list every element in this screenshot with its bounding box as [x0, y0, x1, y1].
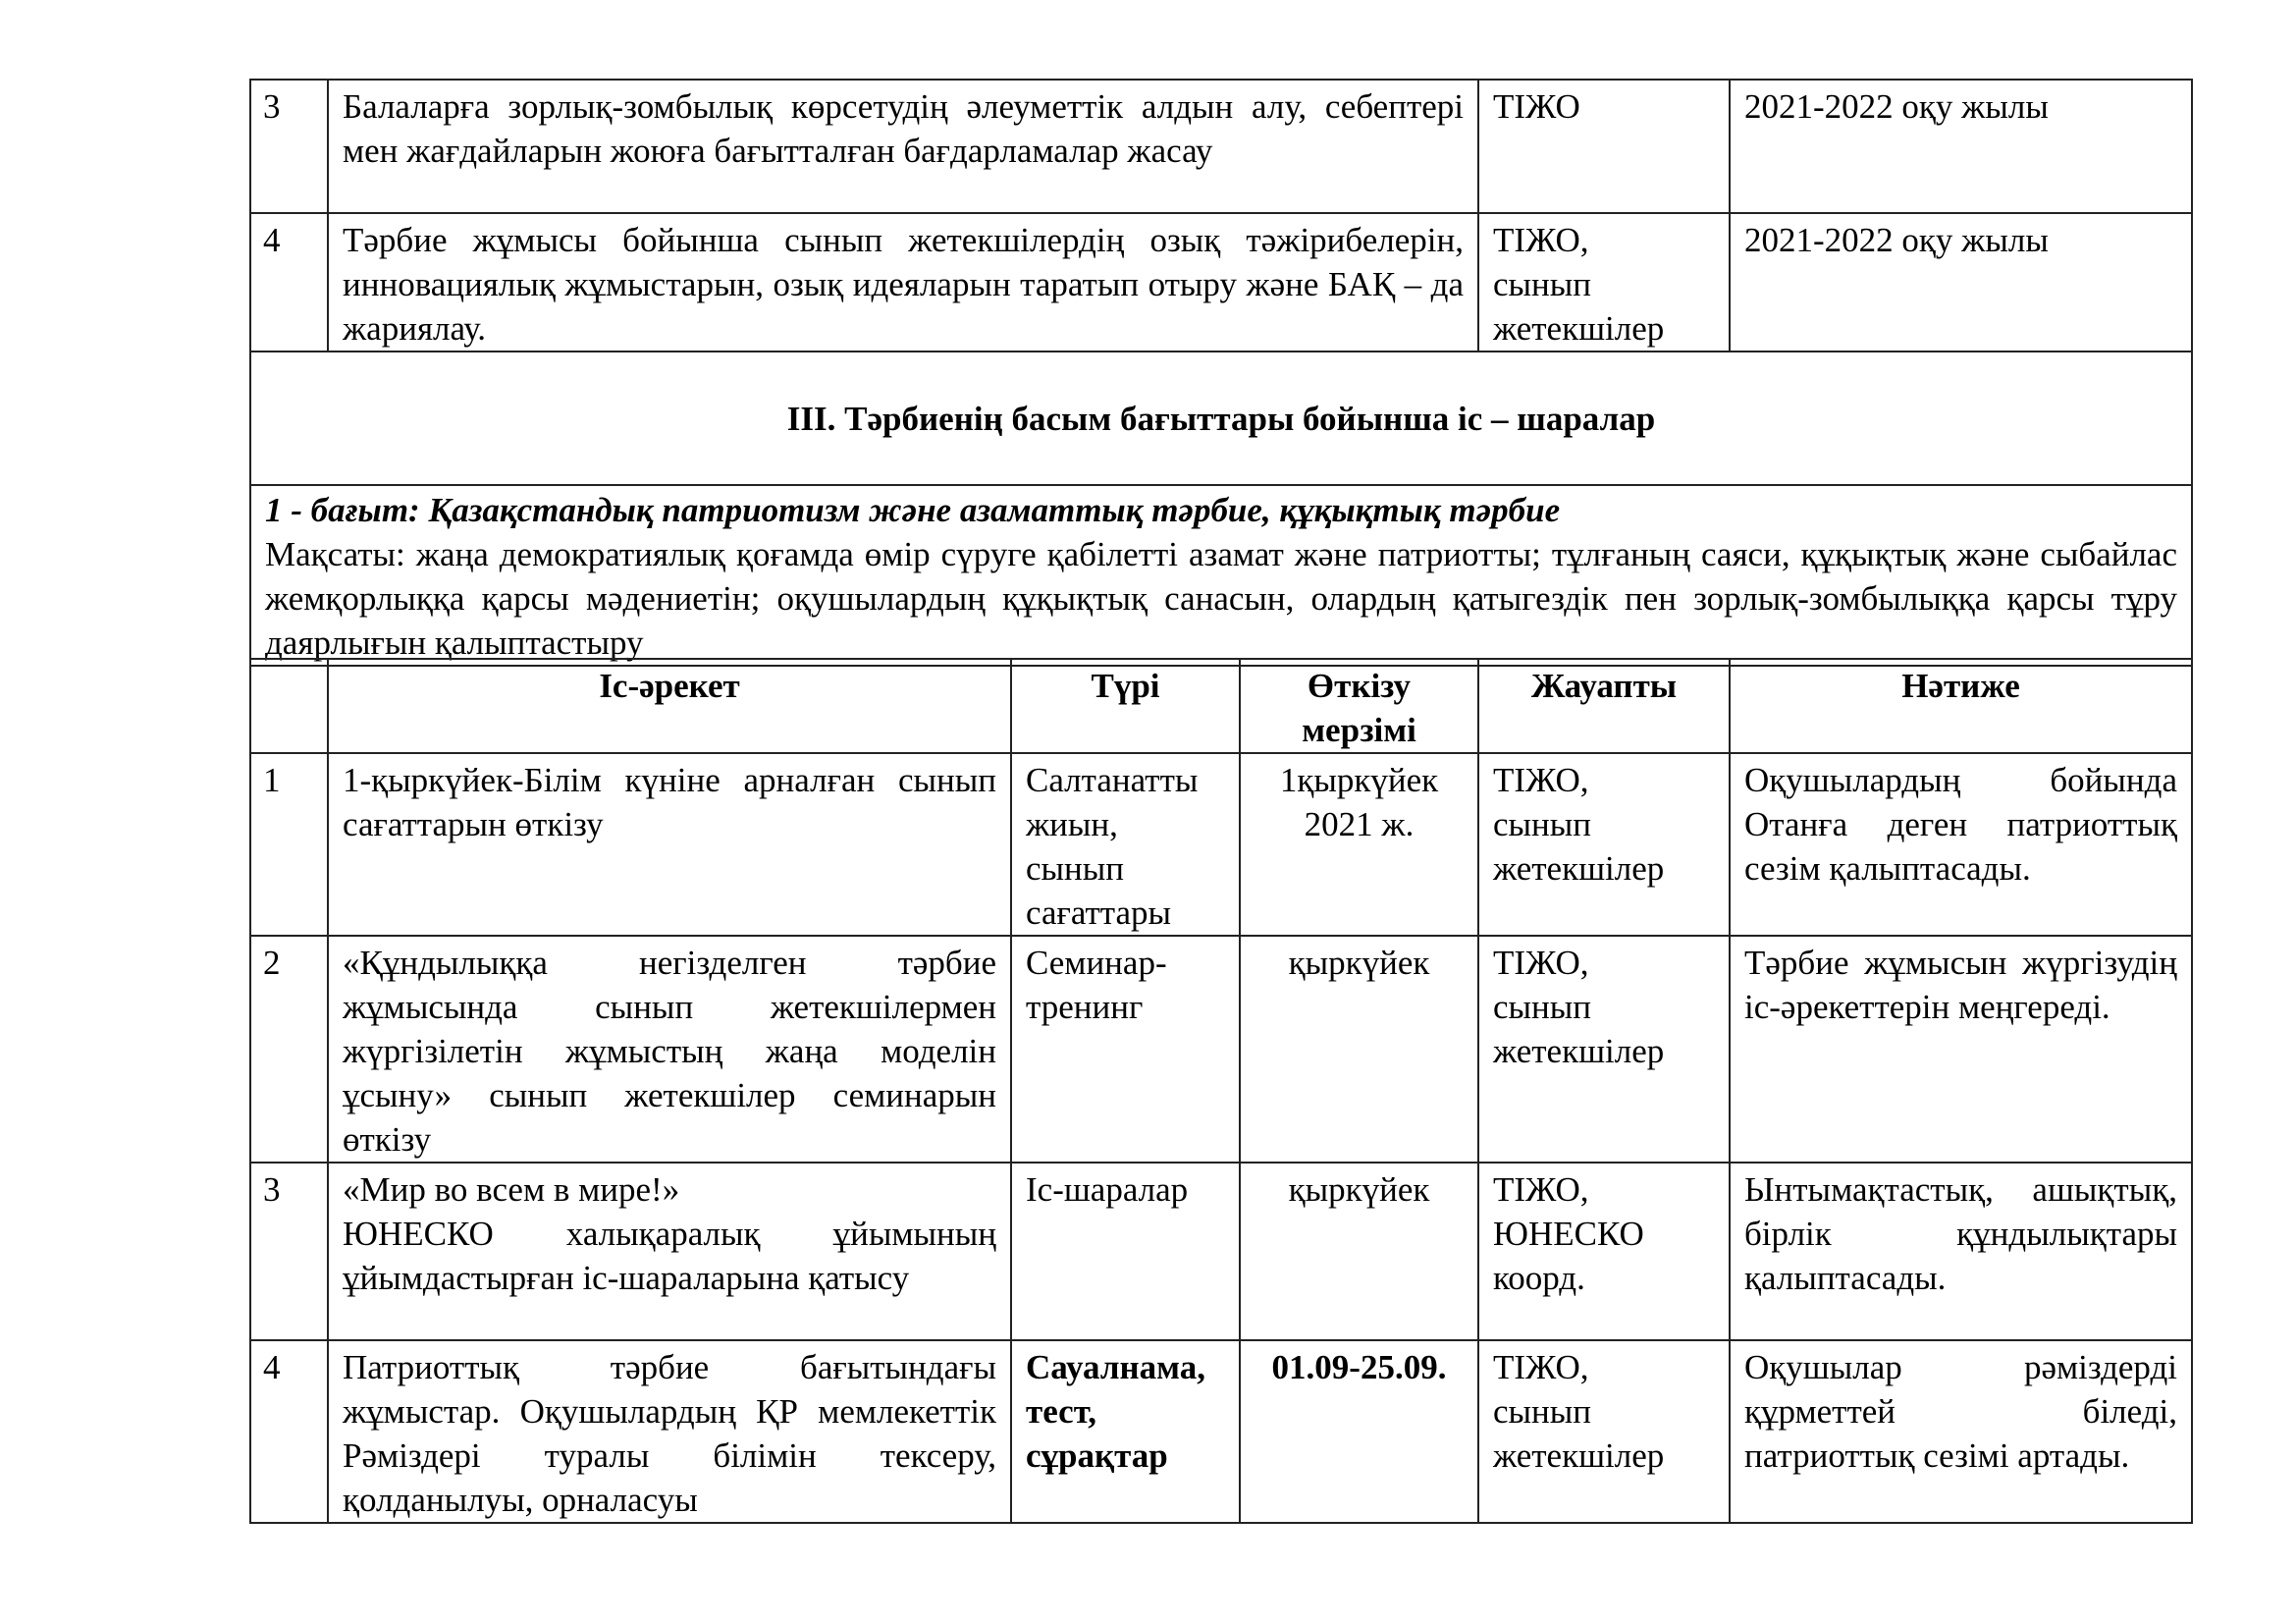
deadline-cell: қыркүйек: [1240, 936, 1478, 1163]
responsible-line: ЮНЕСКО: [1493, 1212, 1715, 1256]
activity-line: ЮНЕСКО халықаралық ұйымының ұйымдастырға…: [343, 1212, 996, 1300]
period-cell: 2021-2022 оқу жылы: [1730, 80, 2192, 213]
table-row: 3 «Мир во всем в мире!» ЮНЕСКО халықарал…: [250, 1163, 2192, 1340]
responsible-line: ТІЖО,: [1493, 218, 1715, 262]
section-heading-row: ІІІ. Тәрбиенің басым бағыттары бойынша і…: [250, 352, 2192, 485]
responsible-line: ТІЖО,: [1493, 941, 1715, 985]
responsible-line: ТІЖО,: [1493, 758, 1715, 802]
type-cell: Семинар- тренинг: [1011, 936, 1240, 1163]
activity-cell: «Мир во всем в мире!» ЮНЕСКО халықаралық…: [328, 1163, 1011, 1340]
table-row: 4 Тәрбие жұмысы бойынша сынып жетекшілер…: [250, 213, 2192, 352]
result-cell: Ынтымақтастық, ашықтық, бірлік құндылықт…: [1730, 1163, 2192, 1340]
responsible-line: ТІЖО: [1493, 84, 1715, 129]
responsible-line: коорд.: [1493, 1256, 1715, 1300]
activity-cell: «Құндылыққа негізделген тәрбие жұмысында…: [328, 936, 1011, 1163]
type-cell: Салтанатты жиын, сынып сағаттары: [1011, 753, 1240, 936]
type-line: Семинар-: [1026, 941, 1225, 985]
table-row: 2 «Құндылыққа негізделген тәрбие жұмысын…: [250, 936, 2192, 1163]
row-number: 3: [250, 80, 328, 213]
responsible-cell: ТІЖО, сынып жетекшілер: [1478, 213, 1730, 352]
row-number: 4: [250, 213, 328, 352]
direction-title: 1 - бағыт: Қазақстандық патриотизм және …: [265, 488, 2177, 532]
type-line: тренинг: [1026, 985, 1225, 1029]
continued-table: 3 Балаларға зорлық-зомбылық көрсетудің ә…: [249, 79, 2193, 667]
header-result: Нәтиже: [1730, 659, 2192, 753]
deadline-cell: қыркүйек: [1240, 1163, 1478, 1340]
result-cell: Оқушылардың бойында Отанға деген патриот…: [1730, 753, 2192, 936]
responsible-cell: ТІЖО: [1478, 80, 1730, 213]
responsible-line: сынып: [1493, 802, 1715, 846]
table-row: 1 1-қыркүйек-Білім күніне арналған сынып…: [250, 753, 2192, 936]
document-page: 3 Балаларға зорлық-зомбылық көрсетудің ә…: [0, 0, 2296, 1624]
header-type: Түрі: [1011, 659, 1240, 753]
header-deadline-line: мерзімі: [1255, 708, 1464, 752]
table-row: 4 Патриоттық тәрбие бағытындағы жұмыстар…: [250, 1340, 2192, 1523]
activity-cell: Балаларға зорлық-зомбылық көрсетудің әле…: [328, 80, 1478, 213]
deadline-cell: 1қыркүйек 2021 ж.: [1240, 753, 1478, 936]
header-deadline: Өткізу мерзімі: [1240, 659, 1478, 753]
table-header-row: Іс-әрекет Түрі Өткізу мерзімі Жауапты Нә…: [250, 659, 2192, 753]
responsible-cell: ТІЖО, сынып жетекшілер: [1478, 936, 1730, 1163]
responsible-line: сынып: [1493, 262, 1715, 306]
type-line: Салтанатты: [1026, 758, 1225, 802]
deadline-line: қыркүйек: [1255, 1167, 1464, 1212]
direction-row: 1 - бағыт: Қазақстандық патриотизм және …: [250, 485, 2192, 666]
responsible-line: жетекшілер: [1493, 1434, 1715, 1478]
direction-goal: Мақсаты: жаңа демократиялық қоғамда өмір…: [265, 532, 2177, 665]
row-number: 3: [250, 1163, 328, 1340]
activities-table: Іс-әрекет Түрі Өткізу мерзімі Жауапты Нә…: [249, 658, 2193, 1524]
deadline-line: 2021 ж.: [1255, 802, 1464, 846]
activity-cell: Тәрбие жұмысы бойынша сынып жетекшілерді…: [328, 213, 1478, 352]
deadline-cell: 01.09-25.09.: [1240, 1340, 1478, 1523]
responsible-cell: ТІЖО, ЮНЕСКО коорд.: [1478, 1163, 1730, 1340]
responsible-line: жетекшілер: [1493, 306, 1715, 351]
type-cell: Іс-шаралар: [1011, 1163, 1240, 1340]
responsible-line: жетекшілер: [1493, 1029, 1715, 1073]
type-line: сағаттары: [1026, 891, 1225, 935]
type-line: жиын,: [1026, 802, 1225, 846]
responsible-line: сынып: [1493, 1389, 1715, 1434]
activity-cell: 1-қыркүйек-Білім күніне арналған сынып с…: [328, 753, 1011, 936]
table-row: 3 Балаларға зорлық-зомбылық көрсетудің ә…: [250, 80, 2192, 213]
responsible-line: ТІЖО,: [1493, 1345, 1715, 1389]
section-heading: ІІІ. Тәрбиенің басым бағыттары бойынша і…: [250, 352, 2192, 485]
row-number: 1: [250, 753, 328, 936]
type-line: сынып: [1026, 846, 1225, 891]
row-number: 2: [250, 936, 328, 1163]
header-responsible: Жауапты: [1478, 659, 1730, 753]
responsible-cell: ТІЖО, сынып жетекшілер: [1478, 753, 1730, 936]
responsible-line: сынып: [1493, 985, 1715, 1029]
deadline-line: 1қыркүйек: [1255, 758, 1464, 802]
activity-line: «Мир во всем в мире!»: [343, 1167, 996, 1212]
header-num: [250, 659, 328, 753]
direction-cell: 1 - бағыт: Қазақстандық патриотизм және …: [250, 485, 2192, 666]
result-cell: Тәрбие жұмысын жүргізудің іс-әрекеттерін…: [1730, 936, 2192, 1163]
period-cell: 2021-2022 оқу жылы: [1730, 213, 2192, 352]
row-number: 4: [250, 1340, 328, 1523]
activity-cell: Патриоттық тәрбие бағытындағы жұмыстар. …: [328, 1340, 1011, 1523]
result-cell: Оқушылар рәміздерді құрметтей біледі, па…: [1730, 1340, 2192, 1523]
responsible-line: ТІЖО,: [1493, 1167, 1715, 1212]
deadline-line: 01.09-25.09.: [1255, 1345, 1464, 1389]
header-deadline-line: Өткізу: [1255, 664, 1464, 708]
responsible-cell: ТІЖО, сынып жетекшілер: [1478, 1340, 1730, 1523]
type-cell: Сауалнама, тест, сұрақтар: [1011, 1340, 1240, 1523]
responsible-line: жетекшілер: [1493, 846, 1715, 891]
header-activity: Іс-әрекет: [328, 659, 1011, 753]
deadline-line: қыркүйек: [1255, 941, 1464, 985]
type-line: Іс-шаралар: [1026, 1167, 1225, 1212]
